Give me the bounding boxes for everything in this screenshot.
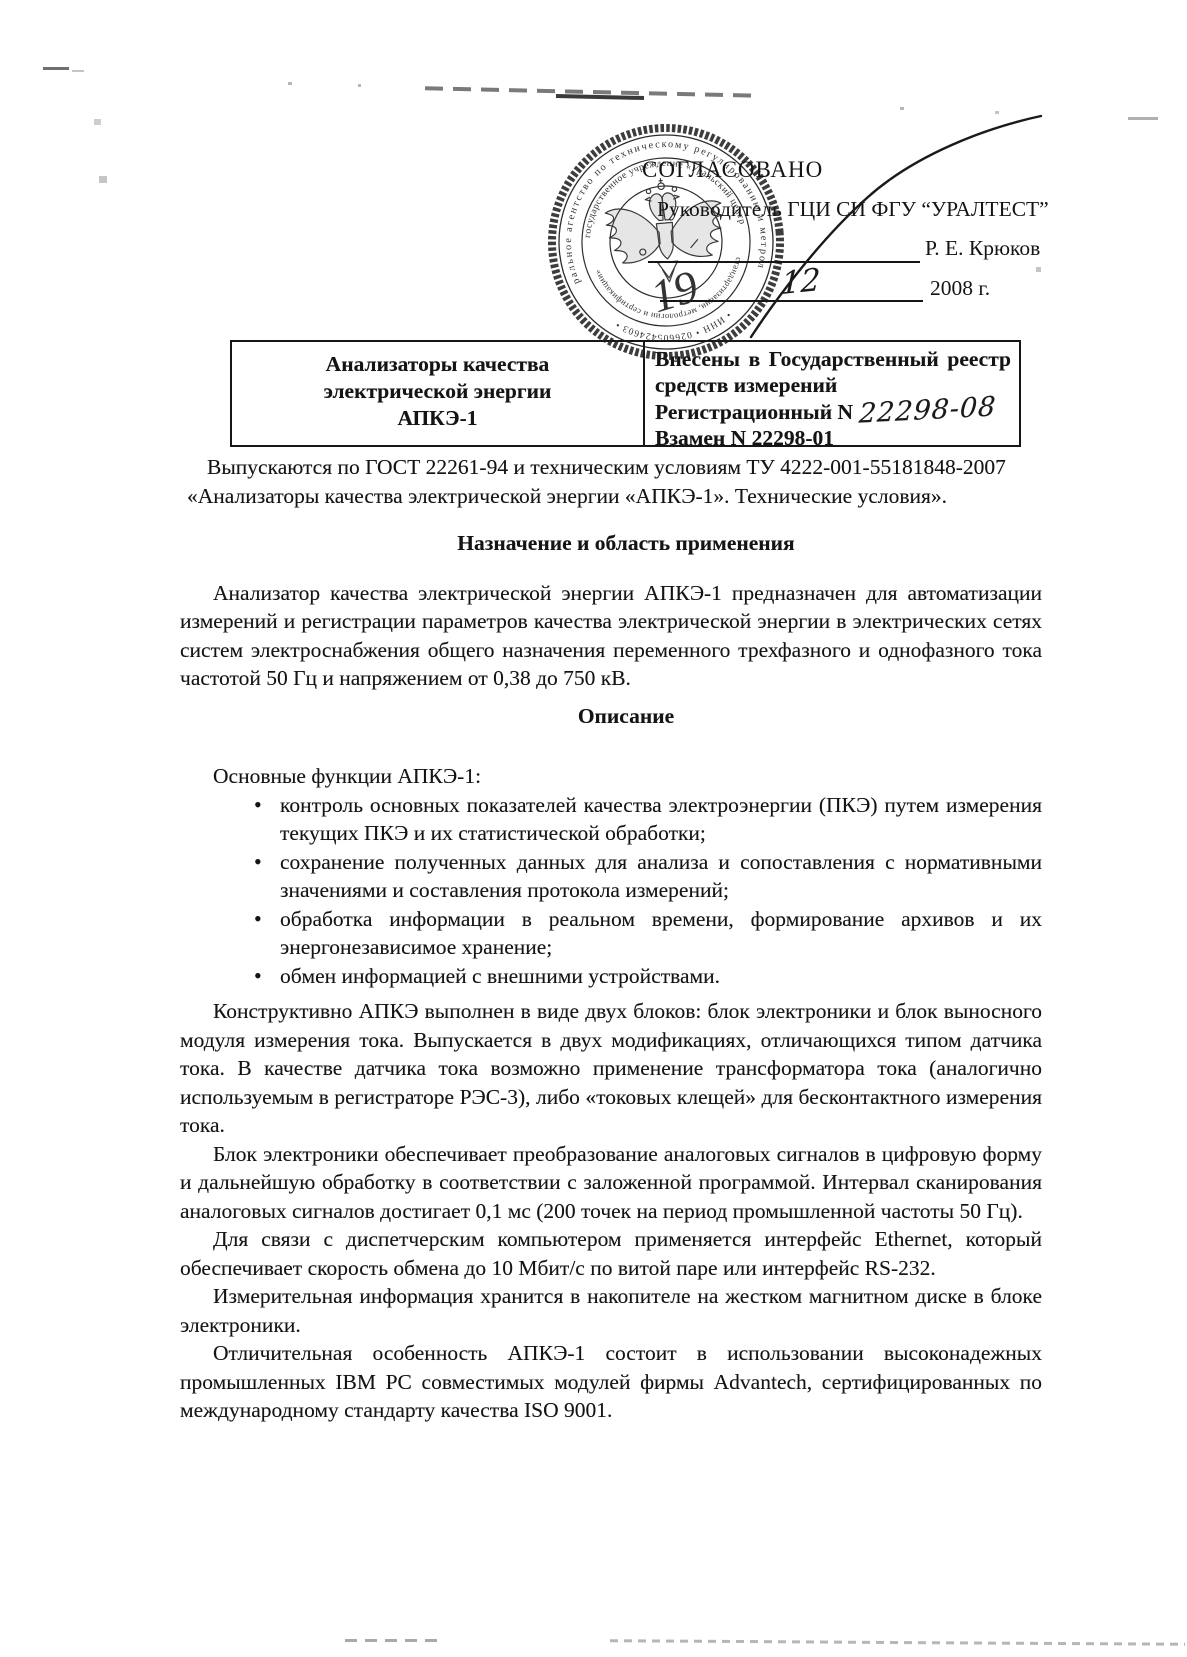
section-heading-purpose: Назначение и область применения xyxy=(210,529,1042,558)
approver-name: Р. Е. Крюков xyxy=(925,236,1040,261)
document-body: Выпускаются по ГОСТ 22261-94 и техническ… xyxy=(180,453,1042,1425)
replaces-number: Взамен N 22298-01 xyxy=(655,425,1011,451)
issued-per-standards-paragraph: Выпускаются по ГОСТ 22261-94 и техническ… xyxy=(187,453,1042,510)
scan-artifact xyxy=(1036,267,1041,272)
device-model: АПКЭ-1 xyxy=(232,405,643,432)
scan-artifact xyxy=(1128,117,1158,120)
function-item: контроль основных показателей качества э… xyxy=(280,791,1042,848)
handwritten-date-day: 12 xyxy=(780,262,821,302)
section-heading-description: Описание xyxy=(210,702,1042,731)
scan-artifact xyxy=(43,67,69,70)
function-item: обмен информацией с внешними устройствам… xyxy=(280,962,1042,991)
functions-intro: Основные функции АПКЭ-1: xyxy=(180,762,1042,791)
scan-artifact xyxy=(358,84,361,87)
approval-status-label: СОГЛАСОВАНО xyxy=(642,157,823,183)
scan-artifact xyxy=(94,119,101,125)
scan-artifact xyxy=(345,1639,445,1642)
registration-number-label: Регистрационный N xyxy=(655,400,853,424)
interface-paragraph: Для связи с диспетчерским компьютером пр… xyxy=(180,1225,1042,1282)
date-year: 2008 г. xyxy=(930,276,990,301)
approver-title: Руководитель ГЦИ СИ ФГУ “УРАЛТЕСТ” xyxy=(657,197,1049,222)
signature-line xyxy=(648,261,920,263)
scan-artifact xyxy=(610,1639,1185,1646)
scanned-document-page: Федеральное агентство по техническому ре… xyxy=(0,0,1187,1657)
function-item: сохранение полученных данных для анализа… xyxy=(280,848,1042,905)
scan-artifact xyxy=(556,94,644,100)
signature-curve xyxy=(751,116,1041,337)
scan-artifact xyxy=(72,70,84,72)
functions-list: контроль основных показателей качества э… xyxy=(180,791,1042,991)
scan-artifact xyxy=(99,176,107,183)
storage-paragraph: Измерительная информация хранится в нако… xyxy=(180,1282,1042,1339)
device-title-line: электрической энергии xyxy=(232,378,643,405)
registration-number-handwritten: 22298-08 xyxy=(858,394,997,427)
electronics-unit-paragraph: Блок электроники обеспечивает преобразов… xyxy=(180,1140,1042,1226)
function-item: обработка информации в реальном времени,… xyxy=(280,905,1042,962)
registration-number-row: Регистрационный N22298-08 xyxy=(655,398,1011,425)
official-round-stamp: Федеральное агентство по техническому ре… xyxy=(536,112,796,372)
scan-artifact xyxy=(900,107,904,110)
distinctive-feature-paragraph: Отличительная особенность АПКЭ-1 состоит… xyxy=(180,1339,1042,1425)
scan-artifact xyxy=(995,111,999,114)
scan-artifact xyxy=(288,82,292,85)
design-paragraph: Конструктивно АПКЭ выполнен в виде двух … xyxy=(180,997,1042,1140)
purpose-paragraph: Анализатор качества электрической энерги… xyxy=(180,579,1042,693)
